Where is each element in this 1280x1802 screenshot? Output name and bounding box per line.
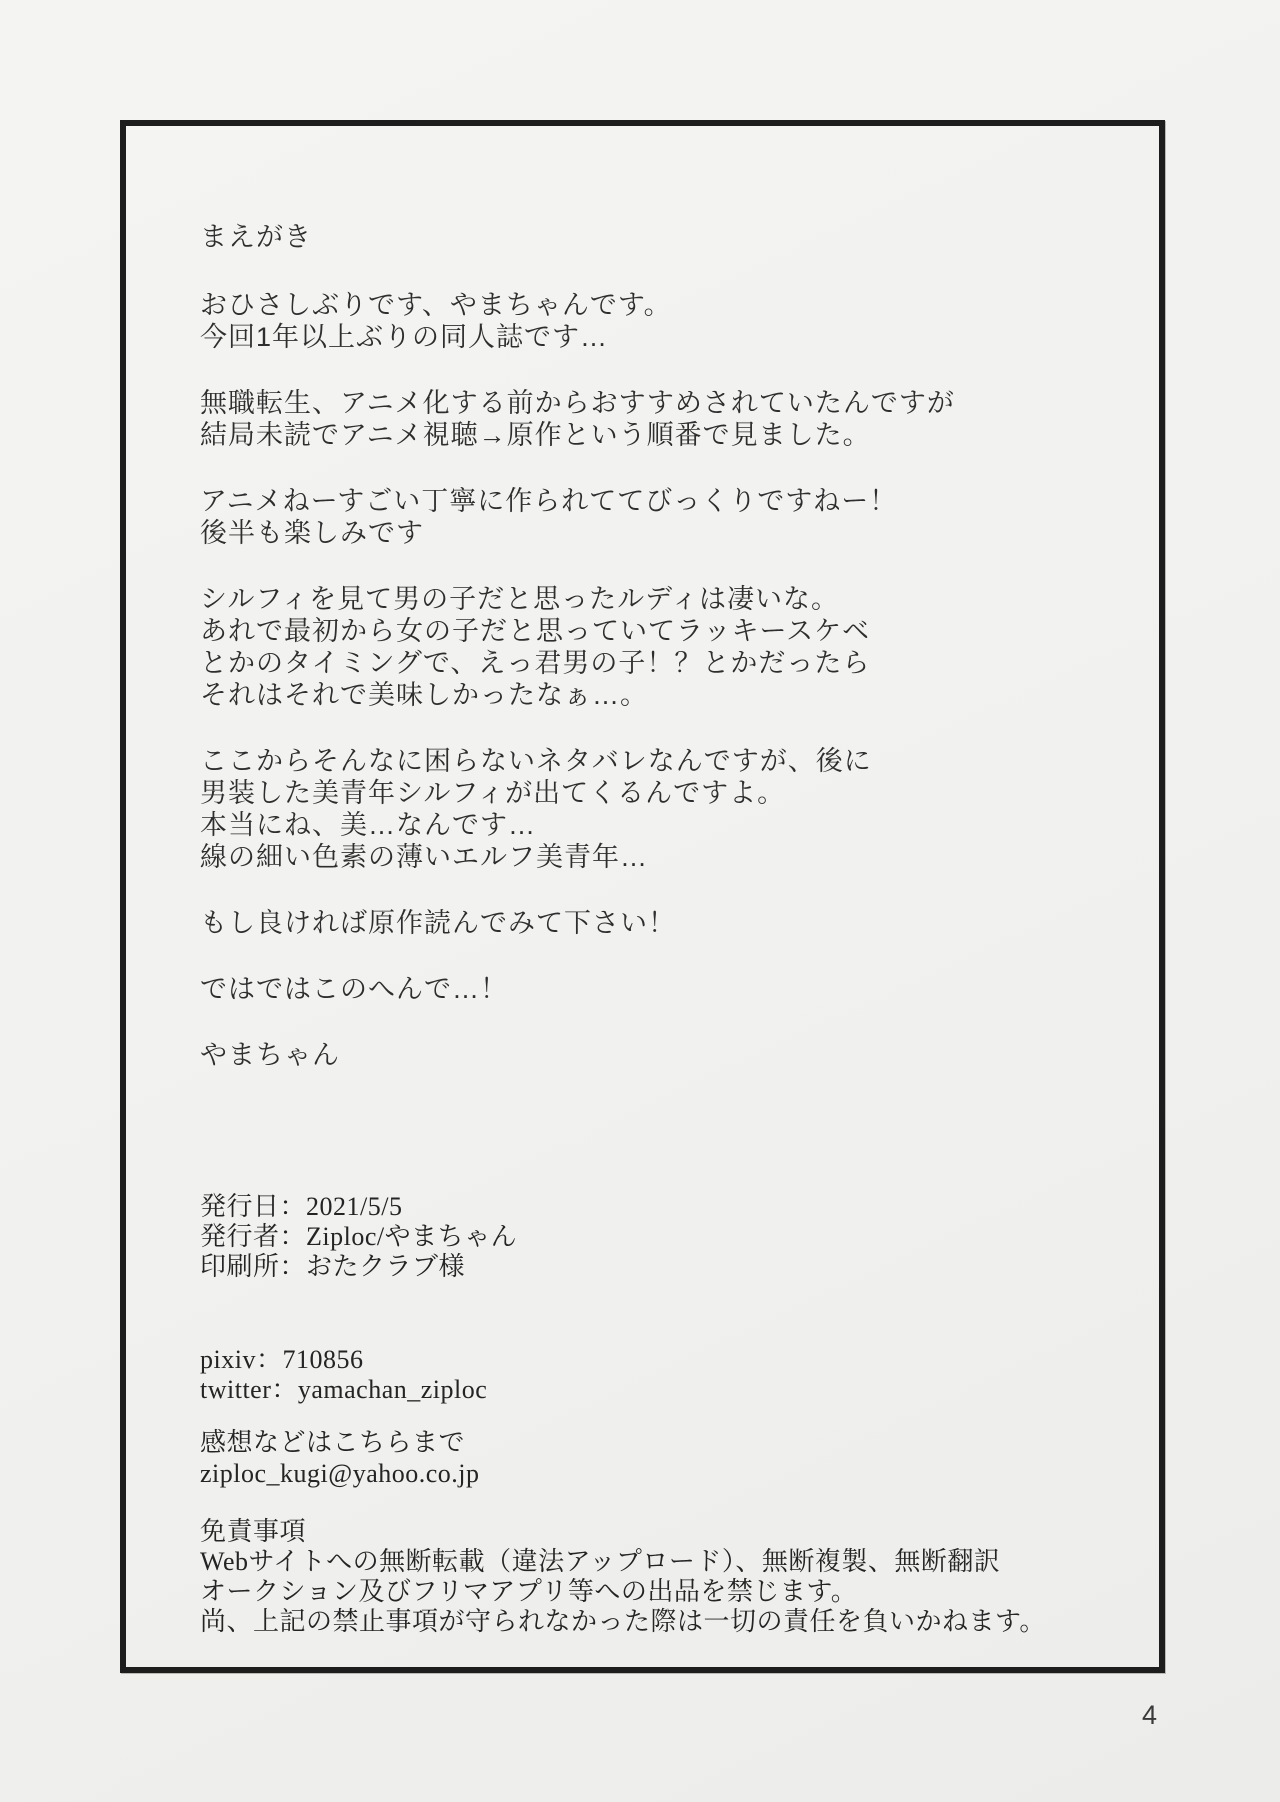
colophon-publication-info: 発行日：2021/5/5 発行者：Ziploc/やまちゃん 印刷所：おたクラブ様 bbox=[200, 1192, 517, 1282]
text-line: ではではこのへんで…！ bbox=[200, 973, 955, 1005]
printer: 印刷所：おたクラブ様 bbox=[200, 1252, 517, 1282]
contact-label: 感想などはこちらまで bbox=[200, 1427, 480, 1458]
author-name: やまちゃん bbox=[200, 1039, 955, 1071]
disclaimer-line: 尚、上記の禁止事項が守られなかった際は一切の責任を負いかねます。 bbox=[200, 1607, 1046, 1637]
foreword-section: まえがき おひさしぶりです、やまちゃんです。 今回1年以上ぶりの同人誌です… 無… bbox=[200, 221, 955, 1071]
foreword-paragraph-sylphy: シルフィを見て男の子だと思ったルディは凄いな。 あれで最初から女の子だと思ってい… bbox=[200, 583, 955, 711]
text-line: 後半も楽しみです bbox=[200, 517, 955, 549]
foreword-title: まえがき bbox=[200, 221, 955, 253]
text-line: それはそれで美味しかったなぁ…。 bbox=[200, 679, 955, 711]
text-line: 男装した美青年シルフィが出てくるんですよ。 bbox=[200, 777, 955, 809]
contact-email: ziploc_kugi@yahoo.co.jp bbox=[200, 1458, 480, 1489]
text-line: もし良ければ原作読んでみて下さい！ bbox=[200, 907, 955, 939]
text-line: おひさしぶりです、やまちゃんです。 bbox=[200, 289, 955, 321]
foreword-paragraph-spoiler: ここからそんなに困らないネタバレなんですが、後に 男装した美青年シルフィが出てく… bbox=[200, 745, 955, 873]
foreword-paragraph-mushoku-tensei: 無職転生、アニメ化する前からおすすめされていたんですが 結局未読でアニメ視聴→原… bbox=[200, 387, 955, 451]
text-line: アニメねーすごい丁寧に作られててびっくりですねー！ bbox=[200, 485, 955, 517]
page-number: 4 bbox=[1142, 1700, 1157, 1731]
page-border-frame: まえがき おひさしぶりです、やまちゃんです。 今回1年以上ぶりの同人誌です… 無… bbox=[120, 120, 1165, 1673]
publisher: 発行者：Ziploc/やまちゃん bbox=[200, 1222, 517, 1252]
disclaimer-line: Webサイトへの無断転載（違法アップロード）、無断複製、無断翻訳 bbox=[200, 1547, 1046, 1577]
foreword-paragraph-closing: ではではこのへんで…！ bbox=[200, 973, 955, 1005]
text-line: 今回1年以上ぶりの同人誌です… bbox=[200, 321, 955, 353]
foreword-paragraph-anime: アニメねーすごい丁寧に作られててびっくりですねー！ 後半も楽しみです bbox=[200, 485, 955, 549]
text-line: とかのタイミングで、えっ君男の子！？とかだったら bbox=[200, 647, 955, 679]
pixiv-id: pixiv：710856 bbox=[200, 1345, 487, 1375]
colophon-social-accounts: pixiv：710856 twitter：yamachan_ziploc bbox=[200, 1345, 487, 1405]
text-line: 無職転生、アニメ化する前からおすすめされていたんですが bbox=[200, 387, 955, 419]
foreword-paragraph-greeting: おひさしぶりです、やまちゃんです。 今回1年以上ぶりの同人誌です… bbox=[200, 289, 955, 353]
colophon-contact: 感想などはこちらまで ziploc_kugi@yahoo.co.jp bbox=[200, 1427, 480, 1489]
text-line: 結局未読でアニメ視聴→原作という順番で見ました。 bbox=[200, 419, 955, 451]
publish-date: 発行日：2021/5/5 bbox=[200, 1192, 517, 1222]
scanned-doujinshi-afterword-page: まえがき おひさしぶりです、やまちゃんです。 今回1年以上ぶりの同人誌です… 無… bbox=[0, 0, 1280, 1802]
foreword-signature: やまちゃん bbox=[200, 1039, 955, 1071]
text-line: シルフィを見て男の子だと思ったルディは凄いな。 bbox=[200, 583, 955, 615]
foreword-paragraph-recommendation: もし良ければ原作読んでみて下さい！ bbox=[200, 907, 955, 939]
disclaimer-title: 免責事項 bbox=[200, 1517, 1046, 1547]
text-line: あれで最初から女の子だと思っていてラッキースケベ bbox=[200, 615, 955, 647]
twitter-id: twitter：yamachan_ziploc bbox=[200, 1375, 487, 1405]
disclaimer-line: オークション及びフリマアプリ等への出品を禁じます。 bbox=[200, 1577, 1046, 1607]
text-line: 本当にね、美…なんです… bbox=[200, 809, 955, 841]
text-line: 線の細い色素の薄いエルフ美青年… bbox=[200, 841, 955, 873]
colophon-disclaimer: 免責事項 Webサイトへの無断転載（違法アップロード）、無断複製、無断翻訳 オー… bbox=[200, 1517, 1046, 1637]
text-line: ここからそんなに困らないネタバレなんですが、後に bbox=[200, 745, 955, 777]
